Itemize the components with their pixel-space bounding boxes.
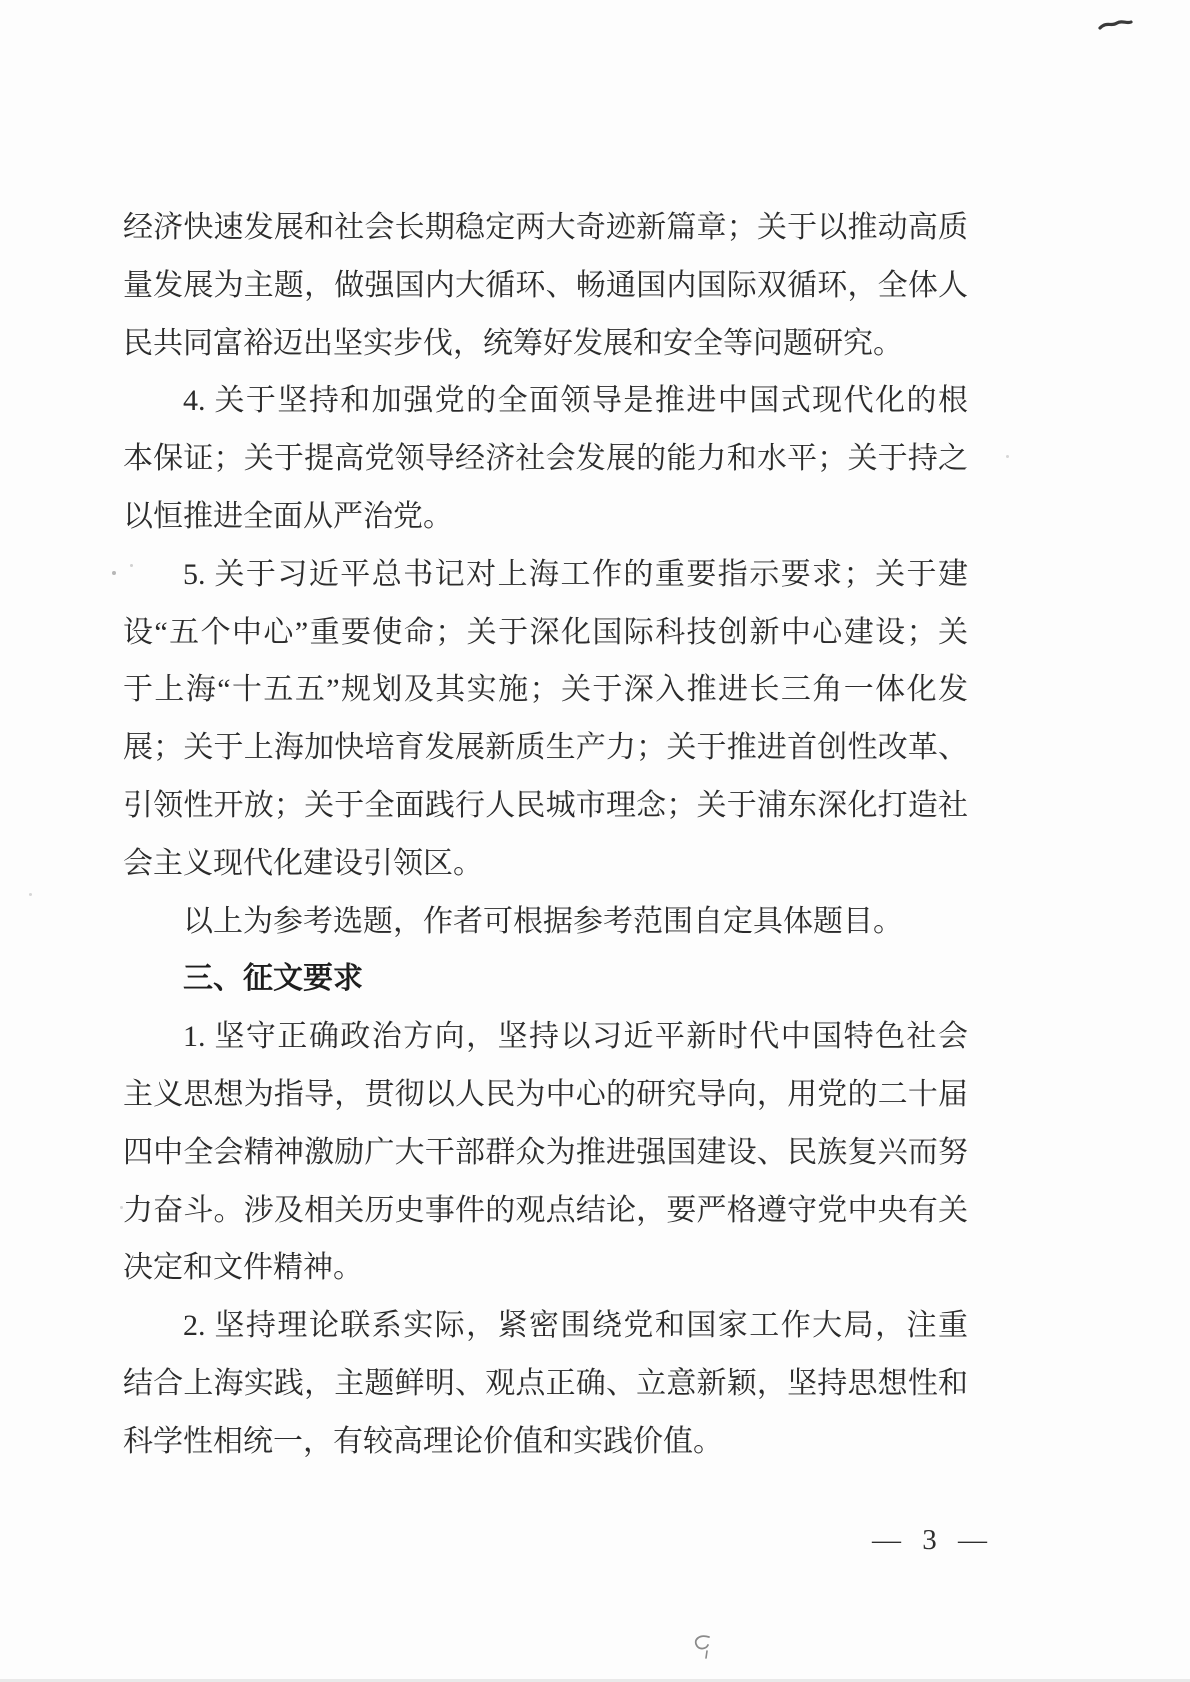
scan-speck	[112, 571, 116, 575]
text-line: 力奋斗。涉及相关历史事件的观点结论，要严格遵守党中央有关	[123, 1182, 968, 1240]
scan-speck	[29, 893, 32, 896]
text-line: 以上为参考选题，作者可根据参考范围自定具体题目。	[123, 893, 968, 951]
text-line: 展；关于上海加快培育发展新质生产力；关于推进首创性改革、	[123, 719, 968, 777]
text-line: 四中全会精神激励广大干部群众为推进强国建设、民族复兴而努	[123, 1124, 968, 1182]
scan-speck	[130, 564, 133, 567]
scan-speck	[734, 1046, 738, 1049]
text-line: 4. 关于坚持和加强党的全面领导是推进中国式现代化的根	[123, 372, 968, 430]
text-line: 结合上海实践，主题鲜明、观点正确、立意新颖，坚持思想性和	[123, 1355, 968, 1413]
text-line: 会主义现代化建设引领区。	[123, 835, 968, 893]
text-line: 科学性相统一，有较高理论价值和实践价值。	[123, 1413, 968, 1471]
text-block: 经济快速发展和社会长期稳定两大奇迹新篇章；关于以推动高质量发展为主题，做强国内大…	[123, 199, 968, 1471]
text-line: 经济快速发展和社会长期稳定两大奇迹新篇章；关于以推动高质	[123, 199, 968, 257]
text-line: 量发展为主题，做强国内大循环、畅通国内国际双循环，全体人	[123, 257, 968, 315]
text-line: 以恒推进全面从严治党。	[123, 488, 968, 546]
text-line: 5. 关于习近平总书记对上海工作的重要指示要求；关于建	[123, 546, 968, 604]
text-line: 1. 坚守正确政治方向，坚持以习近平新时代中国特色社会	[123, 1008, 968, 1066]
section-heading: 三、征文要求	[123, 950, 968, 1008]
text-line: 民共同富裕迈出坚实步伐，统筹好发展和安全等问题研究。	[123, 315, 968, 373]
text-line: 设“五个中心”重要使命；关于深化国际科技创新中心建设；关	[123, 604, 968, 662]
scan-speck	[120, 1206, 123, 1209]
pen-tick-mark	[1098, 16, 1134, 36]
text-line: 2. 坚持理论联系实际，紧密围绕党和国家工作大局，注重	[123, 1297, 968, 1355]
pen-squiggle-mark	[689, 1632, 717, 1662]
text-line: 决定和文件精神。	[123, 1239, 968, 1297]
page-number: — 3 —	[872, 1524, 994, 1557]
text-line: 于上海“十五五”规划及其实施；关于深入推进长三角一体化发	[123, 661, 968, 719]
document-page: { "page": { "background_color": "#fdfdfd…	[0, 0, 1190, 1682]
text-line: 引领性开放；关于全面践行人民城市理念；关于浦东深化打造社	[123, 777, 968, 835]
text-line: 主义思想为指导，贯彻以人民为中心的研究导向，用党的二十届	[123, 1066, 968, 1124]
scan-speck	[1006, 455, 1009, 458]
text-line: 本保证；关于提高党领导经济社会发展的能力和水平；关于持之	[123, 430, 968, 488]
